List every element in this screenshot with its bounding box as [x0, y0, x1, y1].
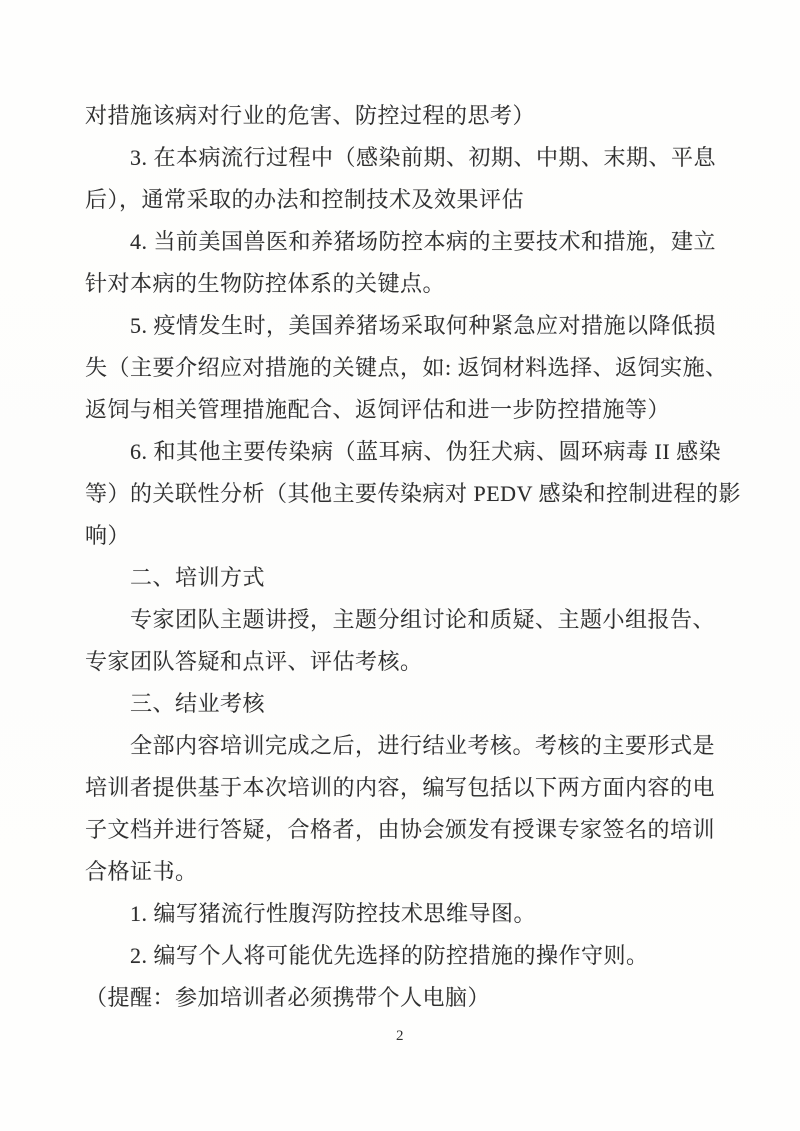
text-line: 针对本病的生物防控体系的关键点。	[85, 263, 725, 305]
text-line: 子文档并进行答疑，合格者，由协会颁发有授课专家签名的培训	[85, 809, 725, 851]
document-page: 对措施该病对行业的危害、防控过程的思考） 3. 在本病流行过程中（感染前期、初期…	[0, 0, 800, 1131]
section-heading: 三、结业考核	[85, 683, 725, 725]
text-line: 专家团队主题讲授，主题分组讨论和质疑、主题小组报告、	[85, 599, 725, 641]
section-heading: 二、培训方式	[85, 557, 725, 599]
text-line: 6. 和其他主要传染病（蓝耳病、伪狂犬病、圆环病毒 II 感染	[85, 431, 725, 473]
text-line: 返饲与相关管理措施配合、返饲评估和进一步防控措施等）	[85, 389, 725, 431]
text-line: 培训者提供基于本次培训的内容，编写包括以下两方面内容的电	[85, 767, 725, 809]
text-line: 5. 疫情发生时，美国养猪场采取何种紧急应对措施以降低损	[85, 305, 725, 347]
document-text-block: 对措施该病对行业的危害、防控过程的思考） 3. 在本病流行过程中（感染前期、初期…	[85, 95, 725, 1019]
text-line: 合格证书。	[85, 851, 725, 893]
text-line: 4. 当前美国兽医和养猪场防控本病的主要技术和措施，建立	[85, 221, 725, 263]
text-line: 后），通常采取的办法和控制技术及效果评估	[85, 179, 725, 221]
text-line: 等）的关联性分析（其他主要传染病对 PEDV 感染和控制进程的影	[85, 473, 725, 515]
text-line: 专家团队答疑和点评、评估考核。	[85, 641, 725, 683]
text-line: 全部内容培训完成之后，进行结业考核。考核的主要形式是	[85, 725, 725, 767]
text-line: 3. 在本病流行过程中（感染前期、初期、中期、末期、平息	[85, 137, 725, 179]
text-line: 响）	[85, 515, 725, 557]
text-line: 1. 编写猪流行性腹泻防控技术思维导图。	[85, 893, 725, 935]
text-line: 对措施该病对行业的危害、防控过程的思考）	[85, 95, 725, 137]
text-line: 失（主要介绍应对措施的关键点，如: 返饲材料选择、返饲实施、	[85, 347, 725, 389]
text-line: （提醒：参加培训者必须携带个人电脑）	[85, 977, 725, 1019]
text-line: 2. 编写个人将可能优先选择的防控措施的操作守则。	[85, 935, 725, 977]
page-number: 2	[0, 1028, 800, 1045]
